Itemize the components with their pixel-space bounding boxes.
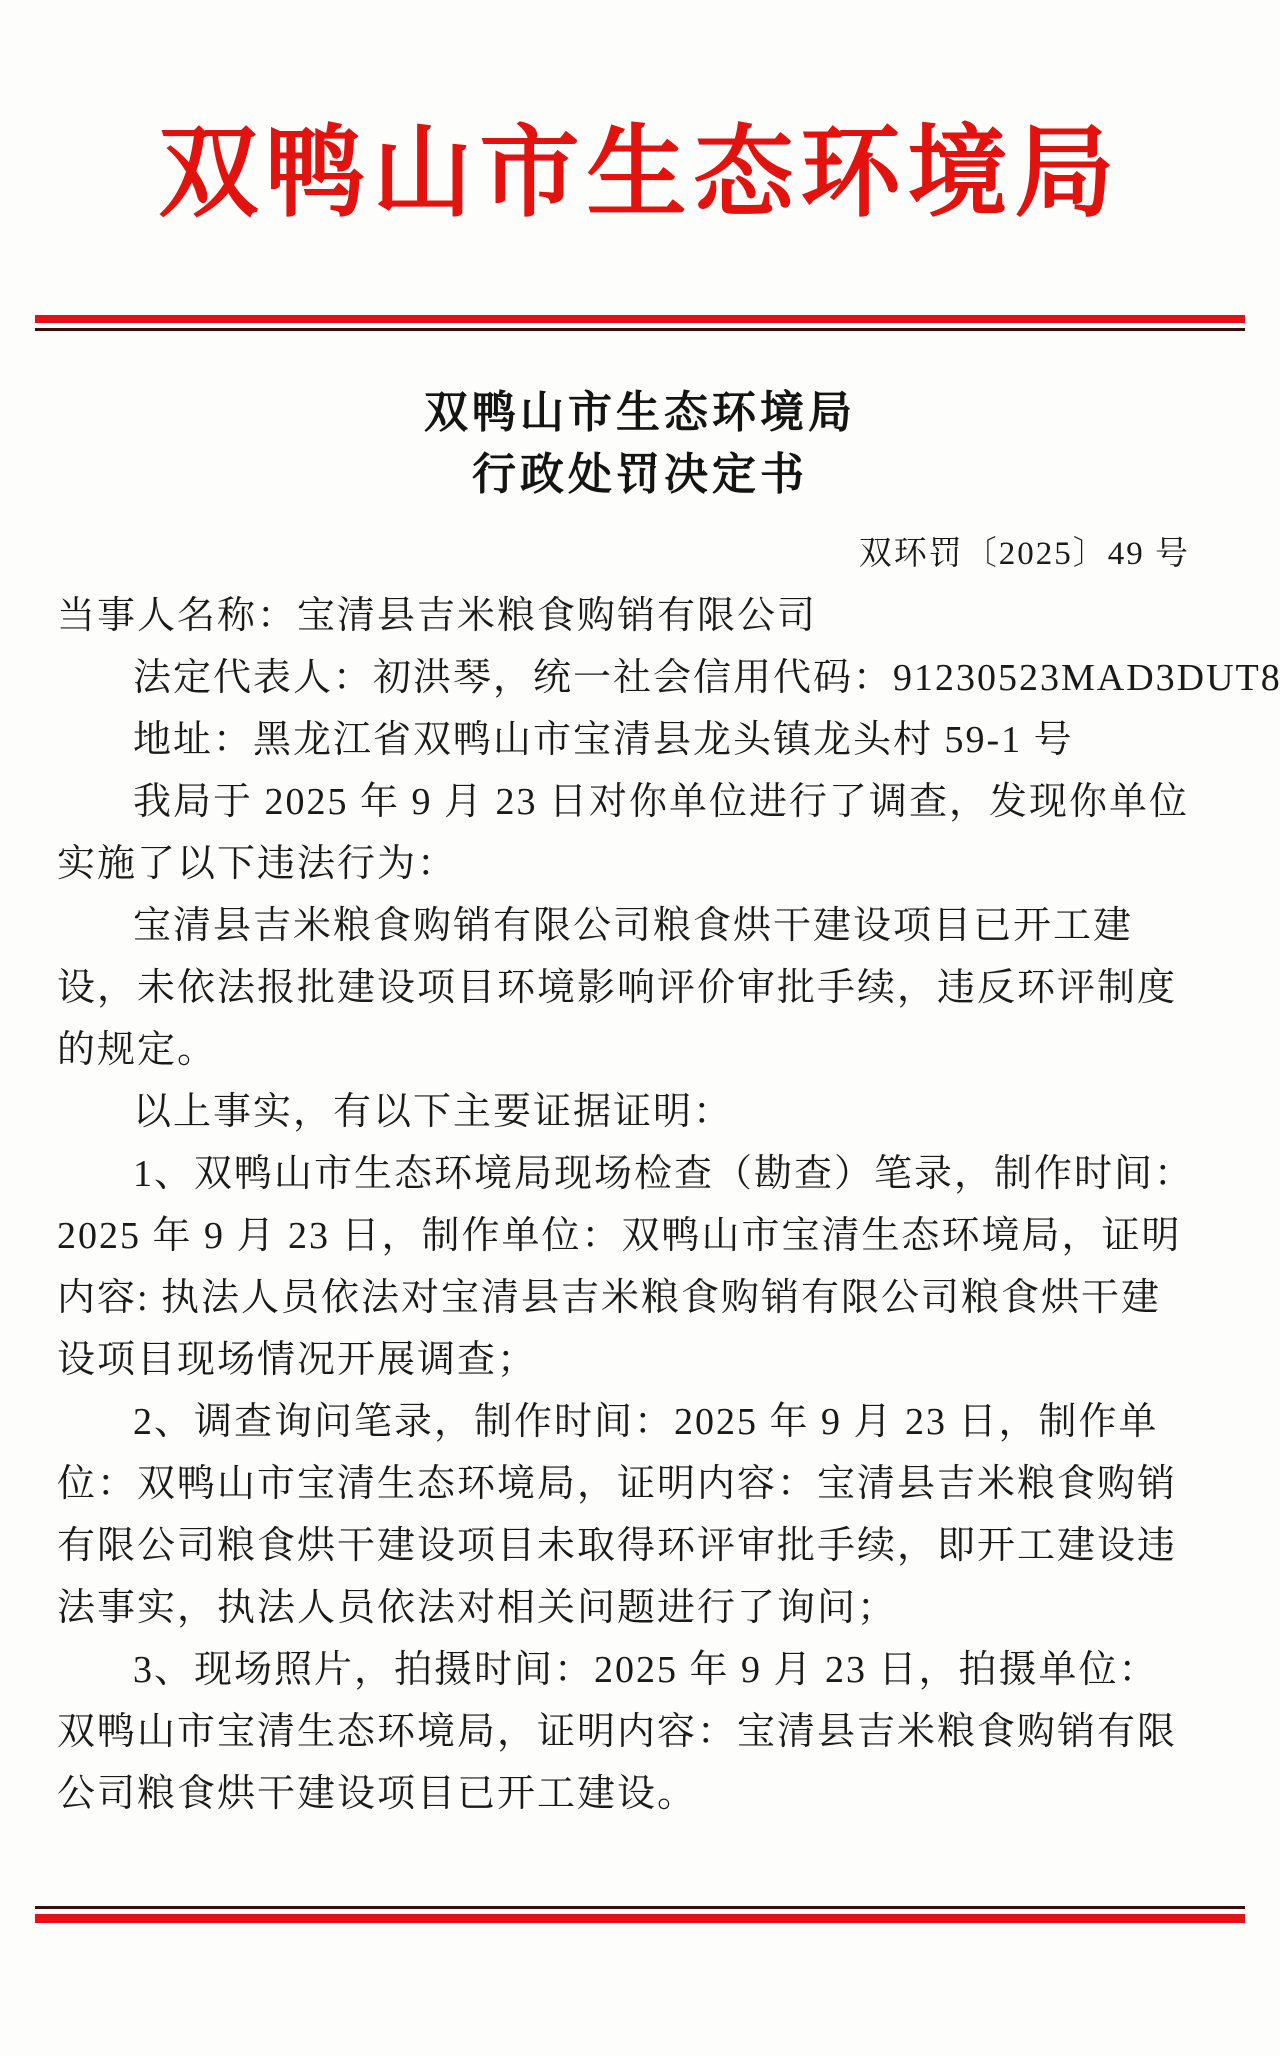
body-line: 内容: 执法人员依法对宝清县吉米粮食购销有限公司粮食烘干建 — [57, 1267, 1207, 1329]
body-line: 的规定。 — [57, 1019, 1207, 1081]
body-line: 法事实，执法人员依法对相关问题进行了询问； — [57, 1577, 1207, 1639]
body-line: 2025 年 9 月 23 日，制作单位：双鸭山市宝清生态环境局，证明 — [57, 1205, 1207, 1267]
body-line: 以上事实，有以下主要证据证明： — [57, 1081, 1207, 1143]
body-line: 位：双鸭山市宝清生态环境局，证明内容：宝清县吉米粮食购销 — [57, 1453, 1207, 1515]
document-body: 当事人名称：宝清县吉米粮食购销有限公司 法定代表人：初洪琴，统一社会信用代码：9… — [57, 585, 1207, 1825]
body-line: 双鸭山市宝清生态环境局，证明内容：宝清县吉米粮食购销有限 — [57, 1701, 1207, 1763]
body-line: 我局于 2025 年 9 月 23 日对你单位进行了调查，发现你单位 — [57, 771, 1207, 833]
document-title-line1: 双鸭山市生态环境局 — [0, 382, 1280, 444]
body-line: 公司粮食烘干建设项目已开工建设。 — [57, 1763, 1207, 1825]
body-line: 设项目现场情况开展调查； — [57, 1329, 1207, 1391]
letterhead-agency-name: 双鸭山市生态环境局 — [0, 122, 1280, 226]
scanned-document-page: 双鸭山市生态环境局 双鸭山市生态环境局 行政处罚决定书 双环罚〔2025〕49 … — [0, 0, 1280, 2056]
body-line: 法定代表人：初洪琴，统一社会信用代码：91230523MAD3DUT863 — [57, 647, 1207, 709]
body-line: 2、调查询问笔录，制作时间：2025 年 9 月 23 日，制作单 — [57, 1391, 1207, 1453]
body-line: 1、双鸭山市生态环境局现场检查（勘查）笔录，制作时间： — [57, 1143, 1207, 1205]
document-number: 双环罚〔2025〕49 号 — [859, 534, 1190, 574]
document-title-line2: 行政处罚决定书 — [0, 444, 1280, 506]
body-line: 宝清县吉米粮食购销有限公司粮食烘干建设项目已开工建 — [57, 895, 1207, 957]
body-line: 当事人名称：宝清县吉米粮食购销有限公司 — [57, 585, 1207, 647]
body-line: 有限公司粮食烘干建设项目未取得环评审批手续，即开工建设违 — [57, 1515, 1207, 1577]
body-line: 实施了以下违法行为： — [57, 833, 1207, 895]
footer-rule-dark — [35, 1906, 1245, 1909]
body-line: 3、现场照片，拍摄时间：2025 年 9 月 23 日，拍摄单位： — [57, 1639, 1207, 1701]
footer-rule-red — [35, 1914, 1245, 1923]
header-rule-red — [35, 315, 1245, 323]
body-line: 地址：黑龙江省双鸭山市宝清县龙头镇龙头村 59-1 号 — [57, 709, 1207, 771]
header-rule-dark — [35, 328, 1245, 331]
body-line: 设，未依法报批建设项目环境影响评价审批手续，违反环评制度 — [57, 957, 1207, 1019]
document-title: 双鸭山市生态环境局 行政处罚决定书 — [0, 382, 1280, 506]
